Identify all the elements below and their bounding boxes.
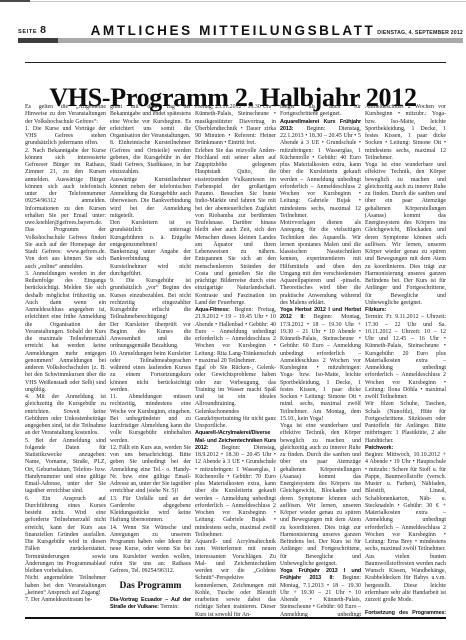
body-text: 11. Abmeldungen müssen rechtzeitig, mind… (110, 394, 191, 444)
paragraph: ginnt mit dem Tag der Bekanntgabe und en… (110, 104, 191, 140)
paragraph: Filzkurs: (365, 307, 446, 314)
body-text: ginnt mit dem Tag der Bekanntgabe und en… (110, 104, 191, 139)
paragraph: 12. Fällt ein Kurs aus, werden Sie von u… (110, 445, 191, 496)
body-text: Den Kursleitern ist es grundsätzlich unt… (110, 220, 191, 248)
body-text: Beginn: Mittwoch, 10.10.2012 + 4 Abende … (365, 452, 446, 552)
body-text: 3. Anmeldungen werden in der Reihenfolge… (25, 271, 106, 393)
body-text: Termin: (159, 604, 179, 610)
paragraph: Anmeldeschluss 2 Wochen vor Kursbeginn •… (365, 104, 446, 162)
paragraph: Termin: Fr. 9.11.2012 – Uhrzeit: 17.30 –… (365, 314, 446, 401)
paragraph: Den Kursleitern ist es grundsätzlich unt… (110, 220, 191, 249)
article-column-4: fänger als auch für Fortgeschrittene gee… (280, 104, 361, 617)
body-text: Yoga ist eine wunderbare und effektive T… (365, 162, 446, 306)
course-title: Aqua-Fitness: (195, 307, 230, 313)
paragraph: Egal ob Sie Rücken-, Gelenk- oder Gewich… (195, 365, 276, 430)
paragraph: Es gelten die „Allgemeine Hinweise zu de… (25, 104, 106, 126)
article-column-1: Es gelten die „Allgemeine Hinweise zu de… (25, 104, 106, 617)
article-column-2: ginnt mit dem Tag der Bekanntgabe und en… (110, 104, 191, 617)
body-text: fänger als auch für Fortgeschrittene gee… (280, 104, 361, 117)
body-text: 10. Anmeldungen beim Kursleiter oder Tei… (110, 351, 191, 393)
body-text: Nicht angemeldete Teilnehmer haben bei d… (25, 575, 106, 596)
paragraph: Aquarellmalerei Kurs Frühjahr 2013: Begi… (280, 119, 361, 221)
body-text: Beginn: Montag, 7.1.2013 • 18 – 19.30 Uh… (280, 575, 361, 617)
body-text: 9. Die Kursgebühr ist grundsätzlich „vor… (110, 278, 191, 320)
paragraph: Yoga ist eine wunderbare und effektive T… (280, 423, 361, 568)
paragraph: Yoga Frühjahr 2013 I und Frühjahr 2013 I… (280, 568, 361, 617)
issue-date: DIENSTAG, 4. SEPTEMBER 2012 (377, 30, 463, 36)
body-text: Aquarell- und Acrylmaltechnik zum Weiter… (195, 539, 276, 617)
paragraph: Auswärtige Kursteilnehmer können neben d… (110, 177, 191, 221)
program-section-heading: Das Programm (110, 583, 191, 590)
paragraph: 14. Wenn Sie Wünsche und Anregungen zu u… (110, 525, 191, 576)
paragraph: Motivvorlagen dienen als Anregung für di… (280, 220, 361, 307)
body-text: Erleben Sie das reizvolle Anden-Hochland… (195, 148, 276, 306)
body-text: Auswärtige Kursteilnehmer können neben d… (110, 177, 191, 219)
paragraph: 10. Anmeldungen beim Kursleiter oder Tei… (110, 351, 191, 395)
paragraph: Nicht angemeldete Teilnehmer haben bei d… (25, 575, 106, 597)
body-text: 2. Nach Bekanntgabe der Kurse können sic… (25, 148, 106, 270)
page-edge-line (0, 1, 466, 2)
paragraph: Yoga Herbst 2012 I und Herbst 2012 II: B… (280, 307, 361, 423)
paragraph: Patchwork: (365, 445, 446, 452)
paragraph: 9. Die Kursgebühr ist grundsätzlich „vor… (110, 278, 191, 322)
body-text: Beginn: Dienstag, 22.1.2013 • 18.30 – 20… (280, 126, 361, 219)
body-text: 6. Ein Anspruch auf Durchführung eines K… (25, 496, 106, 575)
article-bottom-rule (25, 617, 446, 619)
body-text: Beginn: Freitag, 21.9.2012 • 19 – 19.45 … (195, 307, 276, 364)
body-text: Der Kursleiter überprüft vor Beginn des … (110, 322, 191, 350)
paragraph: Beginn: Mittwoch, 10.10.2012 + 4 Abende … (365, 452, 446, 554)
paragraph: 11. Abmeldungen müssen rechtzeitig, mind… (110, 394, 191, 445)
newspaper-page: SEITE 8 AMTLICHES MITTEILUNGSBLATT DIENS… (0, 0, 466, 640)
paragraph: 7. Der Anmeldezeitraum be- (25, 597, 106, 604)
paragraph: Wir filzen Schuhe, Taschen, Schals (Nuno… (365, 401, 446, 445)
paragraph: 2. Nach Bekanntgabe der Kurse können sic… (25, 148, 106, 271)
paragraph: 4. Mit der Anmeldung ist gleichzeitig di… (25, 394, 106, 438)
paragraph: fänger als auch für Fortgeschrittene gee… (280, 104, 361, 119)
body-text: Aus vielen bunten Baumwollstoffresten we… (365, 554, 446, 604)
article-column-3: Freitag, 23.11.2012 • 19.30 Uhr • Künnet… (195, 104, 276, 617)
article-column-5: Anmeldeschluss 2 Wochen vor Kursbeginn •… (365, 104, 446, 617)
paragraph: Fortsetzung des Programmes: siehe Seite … (365, 610, 446, 617)
page-edge-tick (0, 0, 30, 2)
body-text: Beginn: Montag, 17.9.2012 • 18 – 19.30 U… (280, 314, 361, 422)
article-top-rule (25, 62, 446, 63)
paragraph: Aquarell-/Acrylmalerei/Diverse Mal- und … (195, 430, 276, 539)
paragraph: 3. Anmeldungen werden in der Reihenfolge… (25, 271, 106, 394)
course-title: Filzkurs: (365, 307, 386, 313)
body-text: Yoga ist eine wunderbare und effektive T… (280, 423, 361, 567)
course-title: Fortsetzung des Programmes: siehe Seite … (365, 610, 446, 617)
course-title: Patchwork: (365, 445, 393, 451)
paragraph: 1. Die Kurse und Vorträge der VHS Gefree… (25, 126, 106, 148)
paragraph: Dia-Vortrag Ecuador – Auf der Straße der… (110, 597, 191, 612)
paragraph: Erleben Sie das reizvolle Anden-Hochland… (195, 148, 276, 308)
paragraph: Freitag, 23.11.2012 • 19.30 Uhr • Künnet… (195, 104, 276, 148)
paragraph: 5. Bei der Anmeldung sind folgende Daten… (25, 438, 106, 496)
paragraph: Der Kursleiter überprüft vor Beginn des … (110, 322, 191, 351)
body-text: Egal ob Sie Rücken-, Gelenk- oder Gewich… (195, 365, 276, 429)
header-rule-bar (18, 38, 463, 43)
body-text: Motivvorlagen dienen als Anregung für di… (280, 220, 361, 306)
body-text: 14. Wenn Sie Wünsche und Anregungen zu u… (110, 525, 191, 575)
body-text: 4. Mit der Anmeldung ist gleichzeitig di… (25, 394, 106, 436)
paragraph: Bankeinzug unter Angabe der Bankverbindu… (110, 249, 191, 278)
body-text: 7. Der Anmeldezeitraum be- (25, 597, 92, 603)
body-text: 5. Bei der Anmeldung sind folgende Daten… (25, 438, 106, 495)
body-text: Wir filzen Schuhe, Taschen, Schals (Nuno… (365, 401, 446, 443)
paragraph: 13. Für Unfälle und an der Garderobe abg… (110, 496, 191, 525)
paragraph: Aus vielen bunten Baumwollstoffresten we… (365, 554, 446, 605)
article-body: Es gelten die „Allgemeine Hinweise zu de… (25, 104, 446, 617)
body-text: Anmeldeschluss 2 Wochen vor Kursbeginn •… (365, 104, 446, 161)
body-text: Beginn: Dienstag, 18.9.2012 • 18.30 – 20… (195, 445, 276, 538)
body-text: 8. Einheimische Kursteilnehmer (Gefrees … (110, 140, 191, 175)
paragraph: Yoga ist eine wunderbare und effektive T… (365, 162, 446, 307)
body-text: 12. Fällt ein Kurs aus, werden Sie von u… (110, 445, 191, 495)
body-text: Bankeinzug unter Angabe der Bankverbindu… (110, 249, 191, 277)
body-text: Freitag, 23.11.2012 • 19.30 Uhr • Künnet… (195, 104, 276, 146)
paragraph: Aquarell- und Acrylmaltechnik zum Weiter… (195, 539, 276, 617)
body-text: 1. Die Kurse und Vorträge der VHS Gefree… (25, 126, 106, 147)
paragraph: 8. Einheimische Kursteilnehmer (Gefrees … (110, 140, 191, 176)
paragraph: 6. Ein Anspruch auf Durchführung eines K… (25, 496, 106, 576)
body-text: Es gelten die „Allgemeine Hinweise zu de… (25, 104, 106, 125)
header-rule-accent (18, 38, 58, 43)
paragraph: Aqua-Fitness: Beginn: Freitag, 21.9.2012… (195, 307, 276, 365)
body-text: Termin: Fr. 9.11.2012 – Uhrzeit: 17.30 –… (365, 314, 446, 400)
body-text: 13. Für Unfälle und an der Garderobe abg… (110, 496, 191, 524)
